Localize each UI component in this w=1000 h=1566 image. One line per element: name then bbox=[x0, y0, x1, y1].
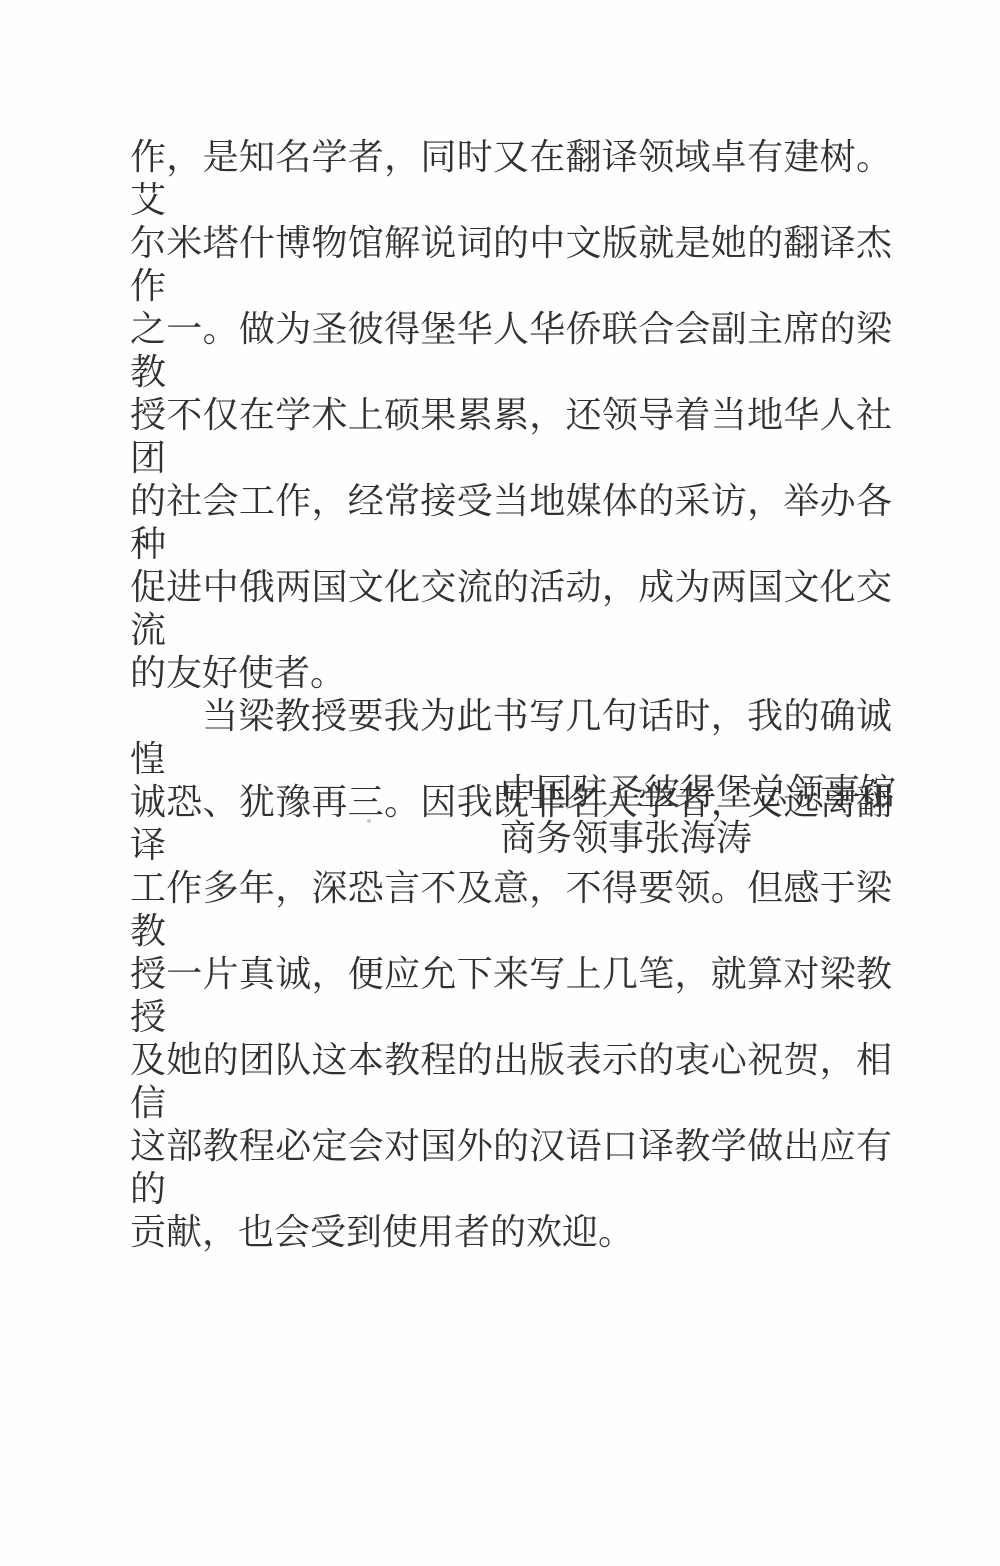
body-line: 之一。做为圣彼得堡华人华侨联合会副主席的梁教 bbox=[130, 308, 892, 394]
body-line: 当梁教授要我为此书写几句话时，我的确诚惶 bbox=[130, 695, 892, 781]
body-line: 的社会工作，经常接受当地媒体的采访，举办各种 bbox=[130, 480, 892, 566]
body-line: 授不仅在学术上硕果累累，还领导着当地华人社团 bbox=[130, 394, 892, 480]
signature-block: 中国驻圣彼得堡总领事馆 商务领事张海涛 bbox=[500, 770, 896, 862]
body-line: 尔米塔什博物馆解说词的中文版就是她的翻译杰作 bbox=[130, 222, 892, 308]
body-line: 这部教程必定会对国外的汉语口译教学做出应有的 bbox=[130, 1125, 892, 1211]
body-line: 促进中俄两国文化交流的活动，成为两国文化交流 bbox=[130, 566, 892, 652]
body-line: 工作多年，深恐言不及意，不得要领。但感于梁教 bbox=[130, 867, 892, 953]
signature-line-organization: 中国驻圣彼得堡总领事馆 bbox=[500, 770, 896, 816]
body-line: 作，是知名学者，同时又在翻译领域卓有建树。艾 bbox=[130, 136, 892, 222]
signature-line-name: 商务领事张海涛 bbox=[500, 816, 896, 862]
body-line: 的友好使者。 bbox=[130, 652, 892, 695]
body-line: 贡献，也会受到使用者的欢迎。 bbox=[130, 1211, 892, 1254]
book-page: 作，是知名学者，同时又在翻译领域卓有建树。艾 尔米塔什博物馆解说词的中文版就是她… bbox=[0, 0, 1000, 1566]
preface-text-block: 作，是知名学者，同时又在翻译领域卓有建树。艾 尔米塔什博物馆解说词的中文版就是她… bbox=[130, 136, 892, 1254]
body-line: 授一片真诚，便应允下来写上几笔，就算对梁教授 bbox=[130, 953, 892, 1039]
body-line: 及她的团队这本教程的出版表示的衷心祝贺，相信 bbox=[130, 1039, 892, 1125]
scan-speck bbox=[367, 819, 371, 823]
